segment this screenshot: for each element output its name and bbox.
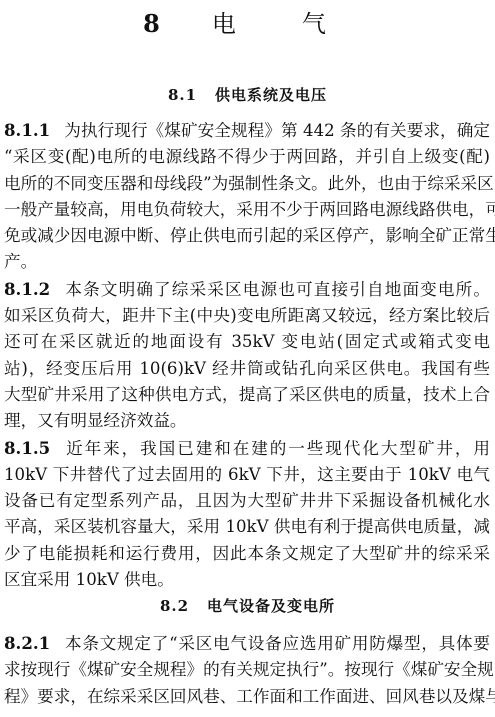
- text-line: “采区变(配)电所的电源线路不得少于两回路，并引自上级变(配): [4, 144, 490, 170]
- text-line: 还可在采区就近的地面设有 35kV 变电站(固定式或箱式变电: [4, 329, 490, 355]
- chapter-title: 8电气: [0, 4, 495, 39]
- section-body-8-2: 8.2.1本条文规定了“采区电气设备应选用矿用防爆型，具体要 求按现行《煤矿安全…: [4, 630, 490, 710]
- section-heading: 供电系统及电压: [215, 86, 327, 104]
- text-line: 站)，经变压后用 10(6)kV 经井筒或钻孔向采区供电。我国有些: [4, 356, 490, 382]
- text-line: 设备已有定型系列产品，且因为大型矿井井下采掘设备机械化水: [4, 488, 490, 514]
- clause-number: 8.2.1: [4, 633, 50, 653]
- section-title-8-2: 8.2电气设备及变电所: [0, 595, 495, 616]
- text-line: 本条文规定了“采区电气设备应选用矿用防爆型，具体要: [64, 634, 490, 653]
- text-line: 本条文明确了综采采区电源也可直接引自地面变电所。: [64, 280, 490, 299]
- clause-number: 8.1.1: [4, 120, 50, 140]
- text-line: 程》要求，在综采采区回风巷、工作面和工作面进、回风巷以及煤与: [4, 684, 490, 710]
- section-number: 8.2: [160, 597, 189, 615]
- section-body-8-1: 8.1.1为执行现行《煤矿安全规程》第 442 条的有关要求，确定 “采区变(配…: [4, 117, 490, 593]
- section-heading: 电气设备及变电所: [207, 597, 335, 615]
- paragraph-8-1-1: 8.1.1为执行现行《煤矿安全规程》第 442 条的有关要求，确定 “采区变(配…: [4, 117, 490, 276]
- text-line: 产。: [4, 249, 490, 275]
- clause-number: 8.1.2: [4, 279, 50, 299]
- text-line: 少了电能损耗和运行费用，因此本条文规定了大型矿井的综采采: [4, 541, 490, 567]
- text-line: 如采区负荷大，距井下主(中央)变电所距离又较远，经方案比较后: [4, 303, 490, 329]
- text-line: 理，又有明显经济效益。: [4, 408, 490, 434]
- text-line: 区宜采用 10kV 供电。: [4, 567, 490, 593]
- section-number: 8.1: [168, 86, 197, 104]
- text-line: 大型矿井采用了这种供电方式，提高了采区供电的质量，技术上合: [4, 382, 490, 408]
- paragraph-8-1-2: 8.1.2本条文明确了综采采区电源也可直接引自地面变电所。 如采区负荷大，距井下…: [4, 276, 490, 435]
- chapter-title-char-2: 气: [302, 10, 328, 38]
- paragraph-8-1-5: 8.1.5近年来，我国已建和在建的一些现代化大型矿井，用 10kV 下井替代了过…: [4, 435, 490, 594]
- text-line: 免或减少因电源中断、停止供电而引起的采区停产，影响全矿正常生: [4, 223, 490, 249]
- chapter-title-char-1: 电: [212, 10, 238, 38]
- text-line: 平高，采区装机容量大，采用 10kV 供电有利于提高供电质量，减: [4, 514, 490, 540]
- paragraph-8-2-1: 8.2.1本条文规定了“采区电气设备应选用矿用防爆型，具体要 求按现行《煤矿安全…: [4, 630, 490, 710]
- text-line: 为执行现行《煤矿安全规程》第 442 条的有关要求，确定: [64, 121, 490, 140]
- text-line: 电所的不同变压器和母线段”为强制性条文。此外，也由于综采采区: [4, 171, 490, 197]
- text-line: 10kV 下井替代了过去固用的 6kV 下井，这主要由于 10kV 电气: [4, 462, 490, 488]
- text-line: 一般产量较高，用电负荷较大，采用不少于两回路电源线路供电，可避: [4, 197, 490, 223]
- chapter-number: 8: [143, 9, 162, 38]
- text-line: 近年来，我国已建和在建的一些现代化大型矿井，用: [64, 439, 490, 458]
- section-title-8-1: 8.1供电系统及电压: [0, 84, 495, 105]
- clause-number: 8.1.5: [4, 438, 50, 458]
- text-line: 求按现行《煤矿安全规程》的有关规定执行”。按现行《煤矿安全规: [4, 657, 490, 683]
